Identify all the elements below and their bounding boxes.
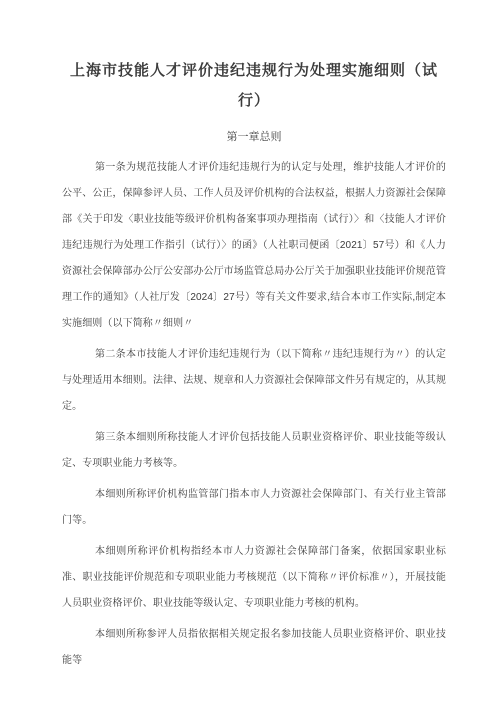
paragraph-definition-supervisors: 本细则所称评价机构监管部门指本市人力资源社会保障部门、有关行业主管部门等。 bbox=[62, 482, 446, 534]
chapter-heading: 第一章总则 bbox=[62, 124, 446, 150]
paragraph-article-3: 第三条本细则所称技能人才评价包括技能人员职业资格评价、职业技能等级认定、专项职业… bbox=[62, 425, 446, 477]
paragraph-article-2: 第二条本市技能人才评价违纪违规行为（以下简称〃违纪违规行为〃）的认定与处理适用本… bbox=[62, 342, 446, 420]
document-page: 上海市技能人才评价违纪违规行为处理实施细则（试 行） 第一章总则 第一条为规范技… bbox=[0, 0, 500, 707]
paragraph-article-1: 第一条为规范技能人才评价违纪违规行为的认定与处理，维护技能人才评价的公平、公正，… bbox=[62, 155, 446, 337]
document-title: 上海市技能人才评价违纪违规行为处理实施细则（试 行） bbox=[62, 56, 446, 116]
paragraph-definition-evaluation-agency: 本细则所称评价机构指经本市人力资源社会保障部门备案，依据国家职业标准、职业技能评… bbox=[62, 539, 446, 617]
paragraph-definition-participants: 本细则所称参评人员指依据相关规定报名参加技能人员职业资格评价、职业技能等 bbox=[62, 622, 446, 674]
document-body: 第一条为规范技能人才评价违纪违规行为的认定与处理，维护技能人才评价的公平、公正，… bbox=[62, 155, 446, 674]
